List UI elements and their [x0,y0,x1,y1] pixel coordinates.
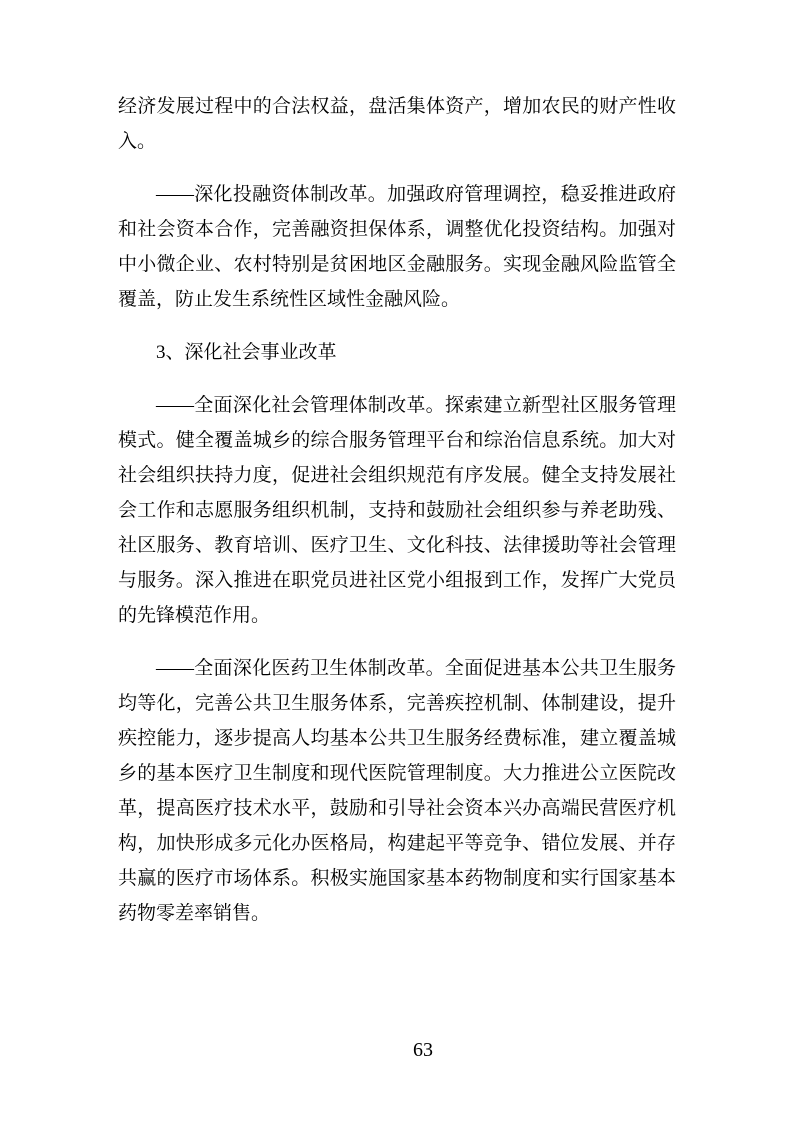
paragraph-property-income-continuation: 经济发展过程中的合法权益，盘活集体资产，增加农民的财产性收入。 [118,89,676,159]
paragraph-healthcare-reform: ——全面深化医药卫生体制改革。全面促进基本公共卫生服务均等化，完善公共卫生服务体… [118,651,676,931]
page-content: 经济发展过程中的合法权益，盘活集体资产，增加农民的财产性收入。 ——深化投融资体… [118,89,676,949]
page-number: 63 [403,1038,443,1062]
document-page: 经济发展过程中的合法权益，盘活集体资产，增加农民的财产性收入。 ——深化投融资体… [0,0,793,1122]
paragraph-investment-financing-reform: ——深化投融资体制改革。加强政府管理调控，稳妥推进政府和社会资本合作，完善融资担… [118,177,676,317]
paragraph-social-governance-reform: ——全面深化社会管理体制改革。探索建立新型社区服务管理模式。健全覆盖城乡的综合服… [118,388,676,633]
section-heading-social-programs-reform: 3、深化社会事业改革 [118,335,676,370]
